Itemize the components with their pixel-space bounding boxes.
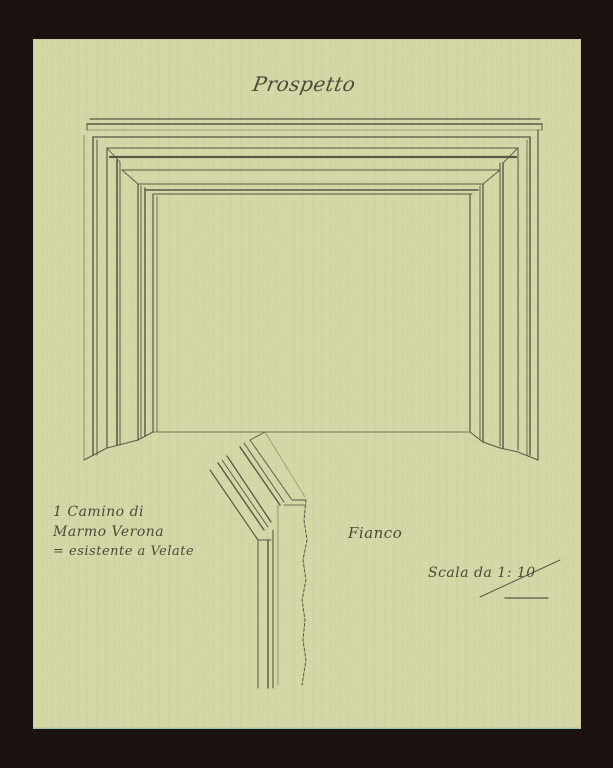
description-line-3: = esistente a Velate: [53, 544, 194, 559]
drawing-title: Prospetto: [251, 72, 358, 96]
description-line-1: 1 Camino di: [53, 504, 144, 520]
side-view-label: Fianco: [348, 524, 402, 542]
scale-label: Scala da 1: 10: [428, 565, 536, 581]
description-line-2: Marmo Verona: [53, 524, 164, 540]
fireplace-elevation-drawing: [33, 39, 581, 728]
drawing-sheet: Prospetto 1 Camino di Marmo Verona = esi…: [33, 39, 581, 728]
